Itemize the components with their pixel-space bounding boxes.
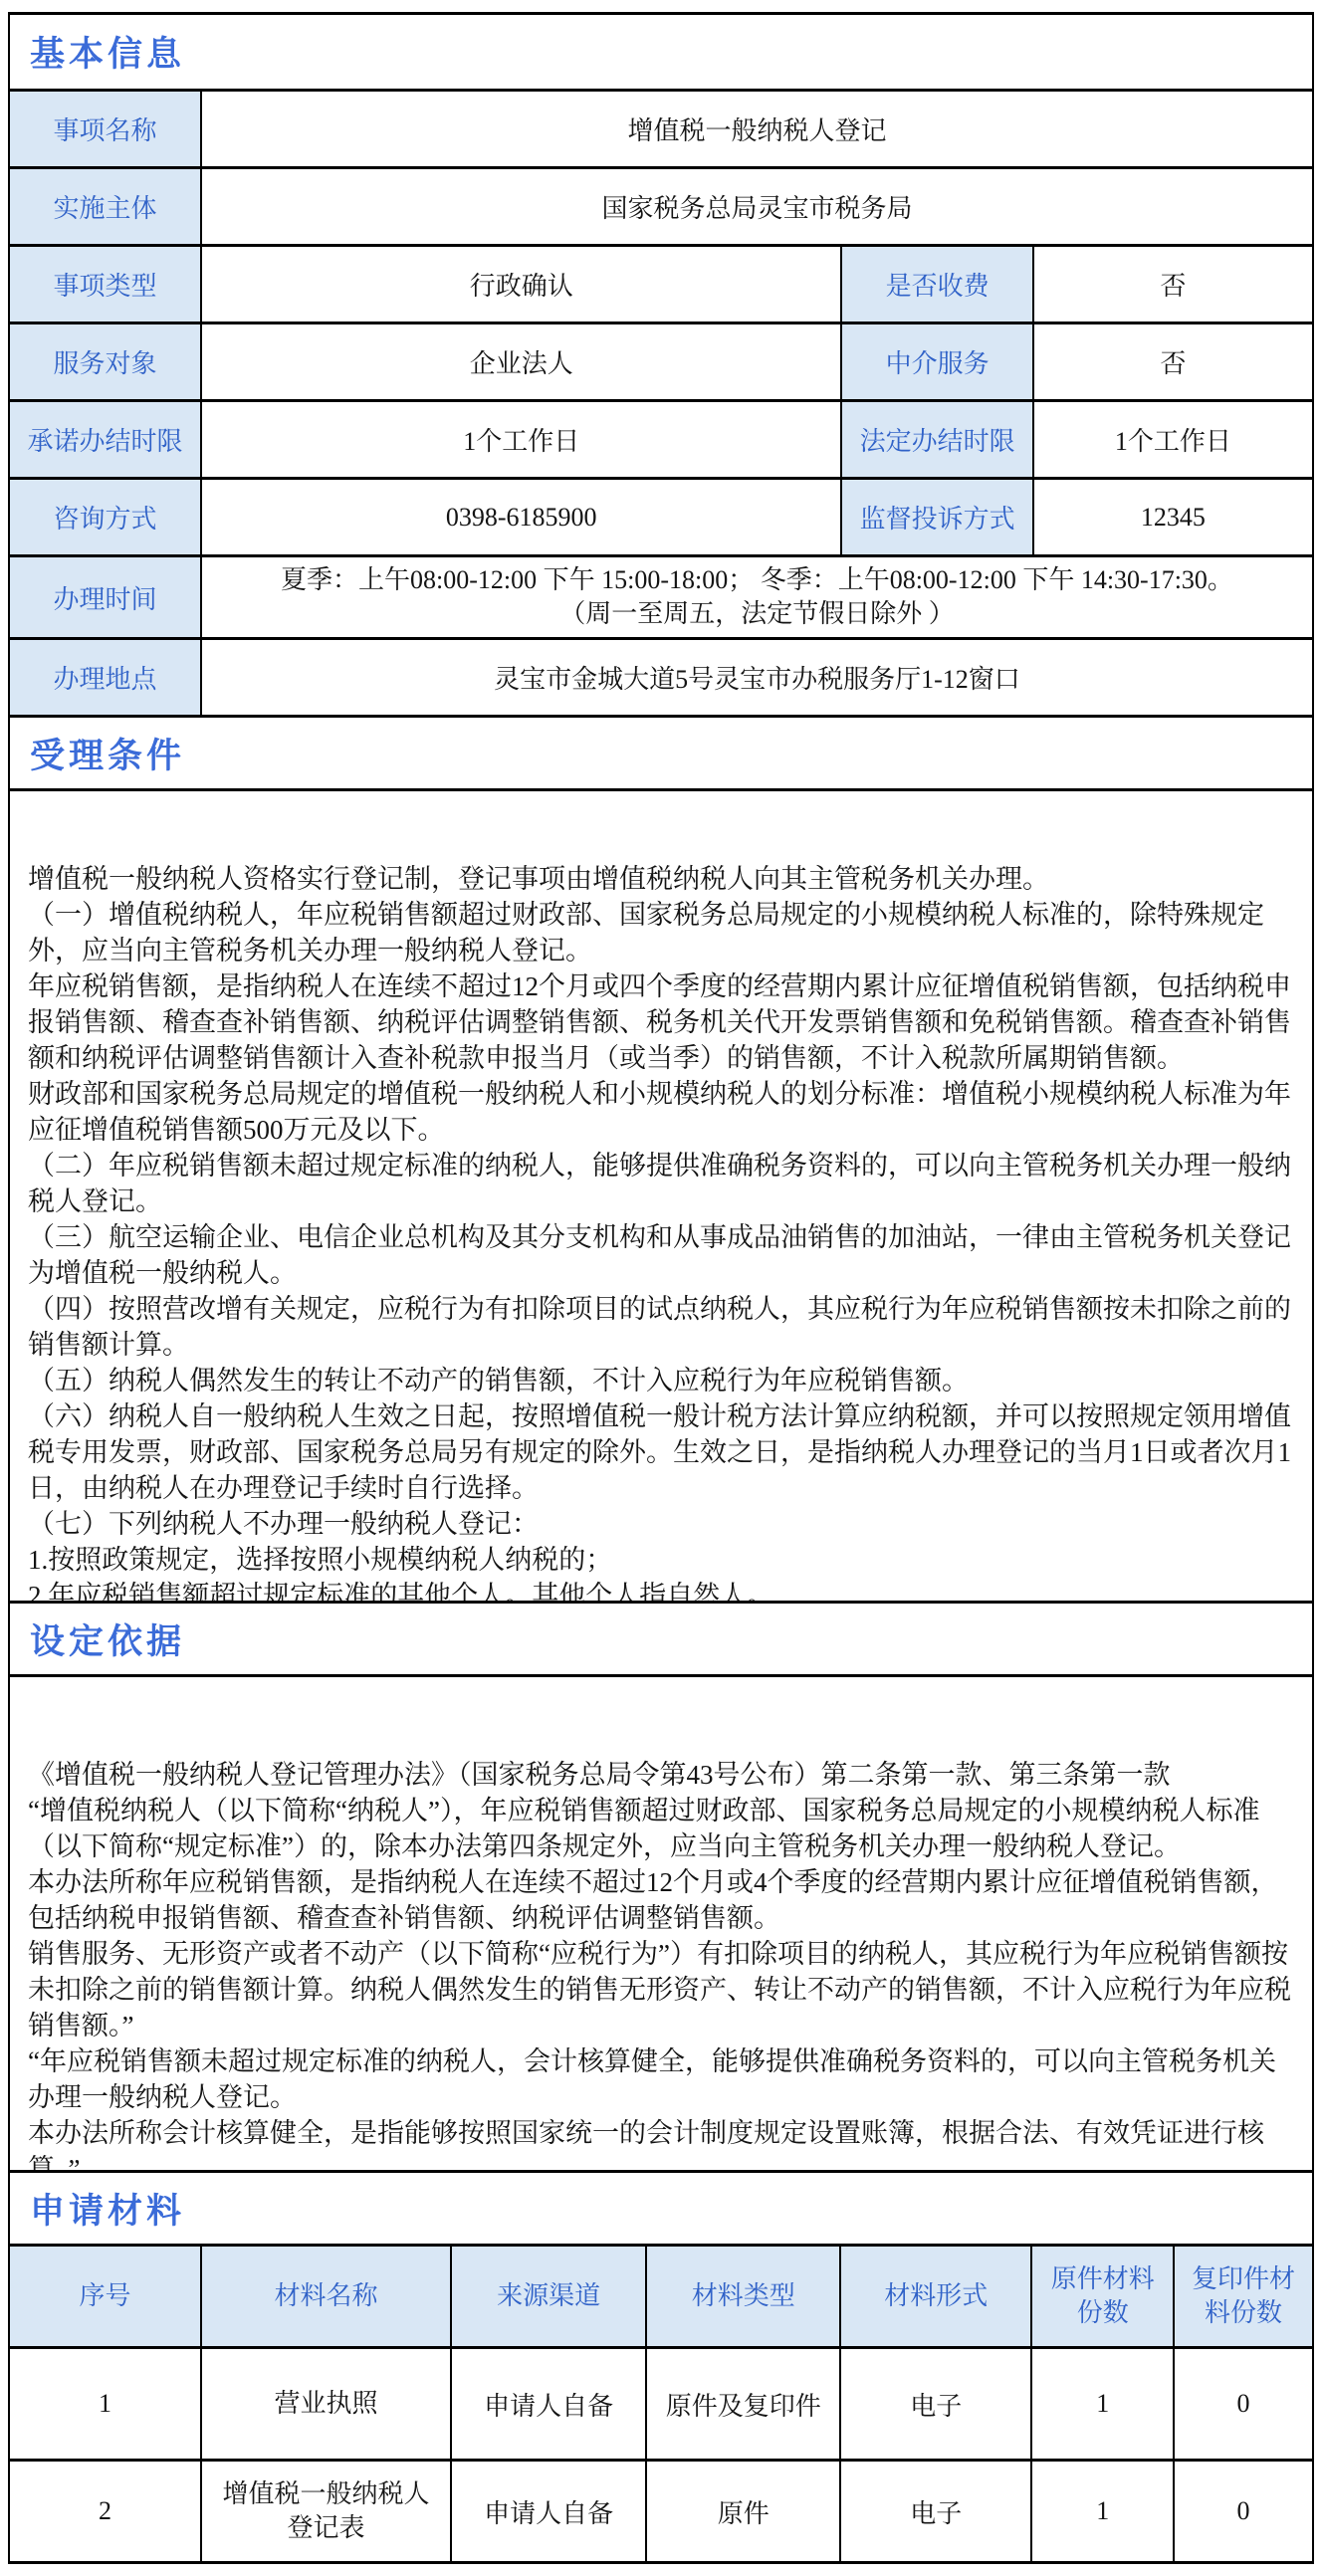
table-row-item-type-fee: 事项类型 行政确认 是否收费 否 xyxy=(10,244,1312,322)
field-value: 企业法人 xyxy=(200,324,841,399)
table-row-contact: 咨询方式 0398-6185900 监督投诉方式 12345 xyxy=(10,477,1312,554)
material-name: 营业执照 xyxy=(200,2349,450,2459)
paragraph: 本办法所称会计核算健全，是指能够按照国家统一的会计制度规定设置账簿，根据合法、有… xyxy=(28,2115,1294,2170)
table-row-time-limits: 承诺办结时限 1个工作日 法定办结时限 1个工作日 xyxy=(10,399,1312,477)
material-form: 电子 xyxy=(839,2349,1030,2459)
field-value: 0398-6185900 xyxy=(200,480,841,554)
column-header-name: 材料名称 xyxy=(200,2247,450,2346)
field-value: 12345 xyxy=(1032,480,1312,554)
paragraph: 2.年应税销售额超过规定标准的其他个人。其他个人指自然人。 xyxy=(28,1578,1294,1601)
section-title-legal-basis: 设定依据 xyxy=(10,1601,1312,1674)
service-item-document: 基本信息 事项名称 增值税一般纳税人登记 实施主体 国家税务总局灵宝市税务局 事… xyxy=(8,12,1314,2564)
material-seq: 1 xyxy=(10,2349,200,2459)
paragraph: （二）年应税销售额未超过规定标准的纳税人，能够提供准确税务资料的，可以向主管税务… xyxy=(28,1148,1294,1219)
paragraph: 销售服务、无形资产或者不动产（以下简称“应税行为”）有扣除项目的纳税人，其应税行… xyxy=(28,1936,1294,2043)
table-row-office-location: 办理地点 灵宝市金城大道5号灵宝市办税服务厅1-12窗口 xyxy=(10,637,1312,715)
field-value: 国家税务总局灵宝市税务局 xyxy=(200,169,1312,244)
paragraph: 《增值税一般纳税人登记管理办法》（国家税务总局令第43号公布）第二条第一款、第三… xyxy=(28,1757,1294,1793)
field-label: 监督投诉方式 xyxy=(840,480,1031,554)
material-name: 增值税一般纳税人登记表 xyxy=(200,2462,450,2561)
field-label: 事项类型 xyxy=(10,247,200,322)
field-label: 办理时间 xyxy=(10,557,200,637)
field-label: 办理地点 xyxy=(10,640,200,715)
field-value: 1个工作日 xyxy=(1032,402,1312,477)
material-type: 原件 xyxy=(645,2462,839,2561)
section-title-acceptance-conditions: 受理条件 xyxy=(10,715,1312,788)
material-source: 申请人自备 xyxy=(450,2462,645,2561)
paragraph: 增值税一般纳税人资格实行登记制，登记事项由增值税纳税人向其主管税务机关办理。 xyxy=(28,861,1294,897)
field-value: 行政确认 xyxy=(200,247,841,322)
field-value: 增值税一般纳税人登记 xyxy=(200,92,1312,166)
materials-table-header-row: 序号 材料名称 来源渠道 材料类型 材料形式 原件材料份数 复印件材料份数 xyxy=(10,2244,1312,2346)
column-header-seq: 序号 xyxy=(10,2247,200,2346)
column-header-originals: 原件材料份数 xyxy=(1030,2247,1173,2346)
field-label: 是否收费 xyxy=(840,247,1031,322)
paragraph: （三）航空运输企业、电信企业总机构及其分支机构和从事成品油销售的加油站，一律由主… xyxy=(28,1219,1294,1291)
paragraph: （一）增值税纳税人，年应税销售额超过财政部、国家税务总局规定的小规模纳税人标准的… xyxy=(28,897,1294,968)
field-label: 法定办结时限 xyxy=(840,402,1031,477)
paragraph: 年应税销售额，是指纳税人在连续不超过12个月或四个季度的经营期内累计应征增值税销… xyxy=(28,968,1294,1076)
paragraph: “年应税销售额未超过规定标准的纳税人，会计核算健全，能够提供准确税务资料的，可以… xyxy=(28,2043,1294,2115)
column-header-copies: 复印件材料份数 xyxy=(1173,2247,1312,2346)
material-original-count: 1 xyxy=(1030,2462,1173,2561)
material-source: 申请人自备 xyxy=(450,2349,645,2459)
paragraph: （四）按照营改增有关规定，应税行为有扣除项目的试点纳税人，其应税行为年应税销售额… xyxy=(28,1291,1294,1363)
paragraph: （六）纳税人自一般纳税人生效之日起，按照增值税一般计税方法计算应纳税额，并可以按… xyxy=(28,1398,1294,1506)
section-title-application-materials: 申请材料 xyxy=(10,2170,1312,2244)
column-header-source: 来源渠道 xyxy=(450,2247,645,2346)
field-value: 否 xyxy=(1032,247,1312,322)
field-label: 实施主体 xyxy=(10,169,200,244)
field-label: 服务对象 xyxy=(10,324,200,399)
field-label: 中介服务 xyxy=(840,324,1031,399)
legal-basis-text: 《增值税一般纳税人登记管理办法》（国家税务总局令第43号公布）第二条第一款、第三… xyxy=(10,1674,1312,2170)
materials-table-row: 1 营业执照 申请人自备 原件及复印件 电子 1 0 xyxy=(10,2346,1312,2459)
acceptance-conditions-text: 增值税一般纳税人资格实行登记制，登记事项由增值税纳税人向其主管税务机关办理。 （… xyxy=(10,788,1312,1601)
field-value: 1个工作日 xyxy=(200,402,841,477)
material-seq: 2 xyxy=(10,2462,200,2561)
field-value: 灵宝市金城大道5号灵宝市办税服务厅1-12窗口 xyxy=(200,640,1312,715)
field-value: 夏季：上午08:00-12:00 下午 15:00-18:00； 冬季：上午08… xyxy=(200,557,1312,637)
table-row-office-hours: 办理时间 夏季：上午08:00-12:00 下午 15:00-18:00； 冬季… xyxy=(10,554,1312,637)
material-form: 电子 xyxy=(839,2462,1030,2561)
section-title-basic-info: 基本信息 xyxy=(10,15,1312,89)
field-value: 否 xyxy=(1032,324,1312,399)
field-label: 咨询方式 xyxy=(10,480,200,554)
materials-table-row: 2 增值税一般纳税人登记表 申请人自备 原件 电子 1 0 xyxy=(10,2459,1312,2561)
field-label: 承诺办结时限 xyxy=(10,402,200,477)
paragraph: “增值税纳税人（以下简称“纳税人”），年应税销售额超过财政部、国家税务总局规定的… xyxy=(28,1793,1294,1864)
paragraph: 1.按照政策规定，选择按照小规模纳税人纳税的； xyxy=(28,1542,1294,1578)
paragraph: 财政部和国家税务总局规定的增值税一般纳税人和小规模纳税人的划分标准：增值税小规模… xyxy=(28,1076,1294,1148)
material-copy-count: 0 xyxy=(1173,2349,1312,2459)
column-header-form: 材料形式 xyxy=(839,2247,1030,2346)
column-header-type: 材料类型 xyxy=(645,2247,839,2346)
field-label: 事项名称 xyxy=(10,92,200,166)
paragraph: （五）纳税人偶然发生的转让不动产的销售额，不计入应税行为年应税销售额。 xyxy=(28,1363,1294,1398)
table-row-implementing-body: 实施主体 国家税务总局灵宝市税务局 xyxy=(10,166,1312,244)
material-copy-count: 0 xyxy=(1173,2462,1312,2561)
paragraph: 本办法所称年应税销售额，是指纳税人在连续不超过12个月或4个季度的经营期内累计应… xyxy=(28,1864,1294,1936)
material-type: 原件及复印件 xyxy=(645,2349,839,2459)
table-row-service-target: 服务对象 企业法人 中介服务 否 xyxy=(10,322,1312,399)
table-row-item-name: 事项名称 增值税一般纳税人登记 xyxy=(10,89,1312,166)
material-original-count: 1 xyxy=(1030,2349,1173,2459)
paragraph: （七）下列纳税人不办理一般纳税人登记： xyxy=(28,1506,1294,1542)
